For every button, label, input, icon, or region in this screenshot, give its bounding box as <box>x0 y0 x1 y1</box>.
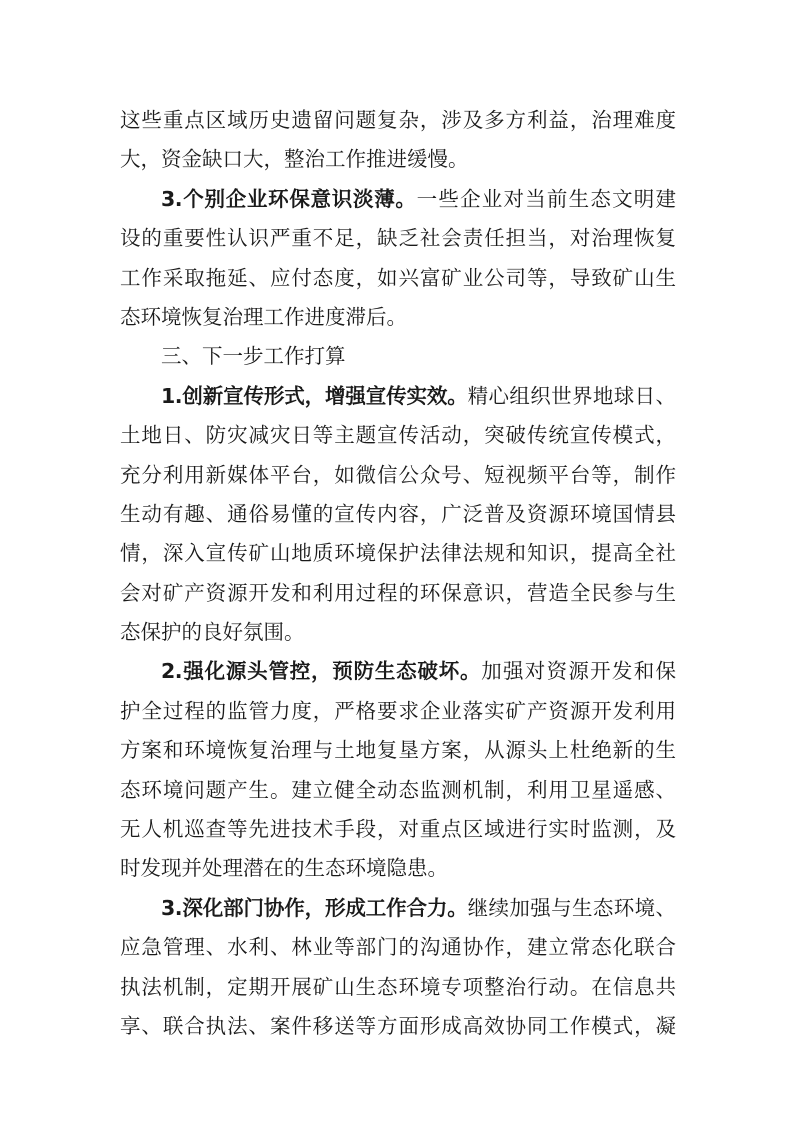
text-line: 护全过程的监管力度，严格要求企业落实矿产资源开发利用 <box>120 692 676 731</box>
text-line: 会对矿产资源开发和利用过程的环保意识，营造全民参与生 <box>120 574 676 613</box>
paragraph-lead-rest: 精心组织世界地球日、 <box>468 384 676 408</box>
text-line: 无人机巡查等先进技术手段，对重点区域进行实时监测，及 <box>120 810 676 849</box>
text-line: 执法机制，定期开展矿山生态环境专项整治行动。在信息共 <box>120 968 676 1007</box>
section-heading: 三、下一步工作打算 <box>120 337 676 376</box>
paragraph-department-collaboration: 3.深化部门协作，形成工作合力。继续加强与生态环境、 应急管理、水利、林业等部门… <box>120 889 676 1047</box>
text-line: 态环境问题产生。建立健全动态监测机制，利用卫星遥感、 <box>120 771 676 810</box>
text-line: 土地日、防灾减灾日等主题宣传活动，突破传统宣传模式， <box>120 416 676 455</box>
paragraph-lead-rest: 加强对资源开发和保 <box>481 659 676 683</box>
paragraph-publicity: 1.创新宣传形式，增强宣传实效。精心组织世界地球日、 土地日、防灾减灾日等主题宣… <box>120 377 676 653</box>
paragraph-lead-bold: 1.创新宣传形式，增强宣传实效。 <box>161 384 468 408</box>
paragraph-lead-rest: 一些企业对当前生态文明建 <box>417 187 676 211</box>
text-line: 态环境恢复治理工作进度滞后。 <box>120 298 676 337</box>
paragraph-lead-bold: 3.个别企业环保意识淡薄。 <box>161 187 417 211</box>
paragraph-enterprise-awareness: 3.个别企业环保意识淡薄。一些企业对当前生态文明建 设的重要性认识严重不足，缺乏… <box>120 180 676 338</box>
paragraph-lead-rest: 继续加强与生态环境、 <box>468 896 676 920</box>
text-line: 1.创新宣传形式，增强宣传实效。精心组织世界地球日、 <box>120 377 676 416</box>
paragraph-source-control: 2.强化源头管控，预防生态破坏。加强对资源开发和保 护全过程的监管力度，严格要求… <box>120 652 676 888</box>
text-line: 享、联合执法、案件移送等方面形成高效协同工作模式，凝 <box>120 1007 676 1046</box>
text-line: 这些重点区域历史遗留问题复杂，涉及多方利益，治理难度 <box>120 101 676 140</box>
text-line: 2.强化源头管控，预防生态破坏。加强对资源开发和保 <box>120 652 676 691</box>
text-line: 3.个别企业环保意识淡薄。一些企业对当前生态文明建 <box>120 180 676 219</box>
paragraph-lead-bold: 3.深化部门协作，形成工作合力。 <box>161 896 468 920</box>
text-line: 充分利用新媒体平台，如微信公众号、短视频平台等，制作 <box>120 456 676 495</box>
paragraph-lead-bold: 2.强化源头管控，预防生态破坏。 <box>161 659 481 683</box>
text-line: 时发现并处理潜在的生态环境隐患。 <box>120 849 676 888</box>
text-line: 设的重要性认识严重不足，缺乏社会责任担当，对治理恢复 <box>120 219 676 258</box>
text-line: 生动有趣、通俗易懂的宣传内容，广泛普及资源环境国情县 <box>120 495 676 534</box>
text-line: 情，深入宣传矿山地质环境保护法律法规和知识，提高全社 <box>120 534 676 573</box>
text-line: 大，资金缺口大，整治工作推进缓慢。 <box>120 140 676 179</box>
text-line: 工作采取拖延、应付态度，如兴富矿业公司等，导致矿山生 <box>120 259 676 298</box>
document-page: 这些重点区域历史遗留问题复杂，涉及多方利益，治理难度 大，资金缺口大，整治工作推… <box>120 101 676 1046</box>
paragraph-continuation: 这些重点区域历史遗留问题复杂，涉及多方利益，治理难度 大，资金缺口大，整治工作推… <box>120 101 676 180</box>
text-line: 应急管理、水利、林业等部门的沟通协作，建立常态化联合 <box>120 928 676 967</box>
text-line: 3.深化部门协作，形成工作合力。继续加强与生态环境、 <box>120 889 676 928</box>
text-line: 态保护的良好氛围。 <box>120 613 676 652</box>
text-line: 方案和环境恢复治理与土地复垦方案，从源头上杜绝新的生 <box>120 731 676 770</box>
